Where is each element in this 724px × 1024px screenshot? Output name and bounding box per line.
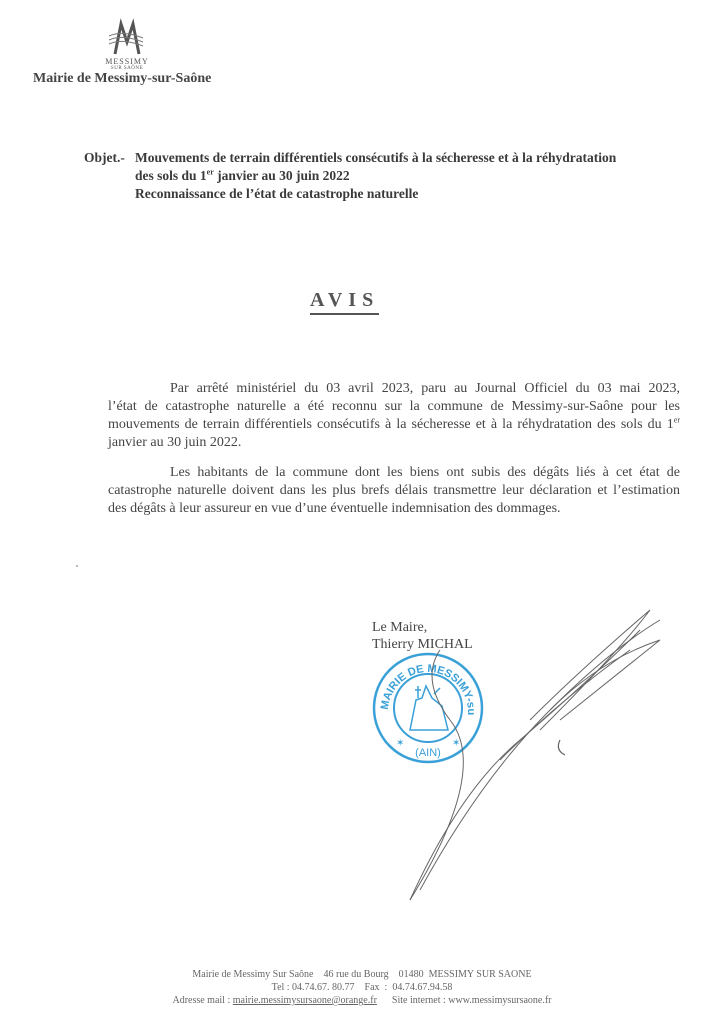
superscript: er	[674, 415, 680, 424]
paragraph-2-line-1: Les habitants de la commune dont les bie…	[170, 465, 680, 481]
objet-line-3: Reconnaissance de l’état de catastrophe …	[135, 186, 418, 202]
objet-line-1: Mouvements de terrain différentiels cons…	[135, 150, 616, 166]
objet-line-2-text: des sols du 1	[135, 168, 207, 183]
mairie-heading: Mairie de Messimy-sur-Saône	[33, 71, 211, 87]
footer-phone: Tel : 04.74.67. 80.77 Fax : 04.74.67.94.…	[0, 982, 724, 993]
logo-name: MESSIMY	[92, 57, 162, 66]
paragraph-1-line-3-text: mouvements de terrain différentiels cons…	[108, 417, 674, 432]
paragraph-2-line-2: catastrophe naturelle doivent dans les p…	[108, 483, 680, 499]
footer-email-link[interactable]: mairie.messimysursaone@orange.fr	[233, 995, 377, 1006]
superscript: er	[207, 168, 214, 177]
footer-address: Mairie de Messimy Sur Saône 46 rue du Bo…	[0, 969, 724, 980]
handwritten-signature-icon	[380, 590, 670, 910]
objet-line-2: des sols du 1er janvier au 30 juin 2022	[135, 168, 350, 184]
scan-speck	[76, 565, 78, 567]
page-title: AVIS	[310, 289, 379, 315]
paragraph-1-line-1: Par arrêté ministériel du 03 avril 2023,…	[170, 381, 680, 397]
objet-label: Objet.-	[84, 150, 125, 166]
footer-contact: Adresse mail : mairie.messimysursaone@or…	[0, 995, 724, 1006]
objet-line-2-end: janvier au 30 juin 2022	[214, 168, 350, 183]
footer-website: Site internet : www.messimysursaone.fr	[377, 995, 552, 1006]
paragraph-2-line-3: des dégâts à leur assureur en vue d’une …	[108, 501, 680, 517]
paragraph-1-line-2: l’état de catastrophe naturelle a été re…	[108, 399, 680, 415]
paragraph-1-line-4: janvier au 30 juin 2022.	[108, 435, 680, 451]
paragraph-1-line-3: mouvements de terrain différentiels cons…	[108, 417, 680, 433]
messimy-logo-icon	[107, 18, 147, 58]
footer-email-label: Adresse mail :	[172, 995, 232, 1006]
